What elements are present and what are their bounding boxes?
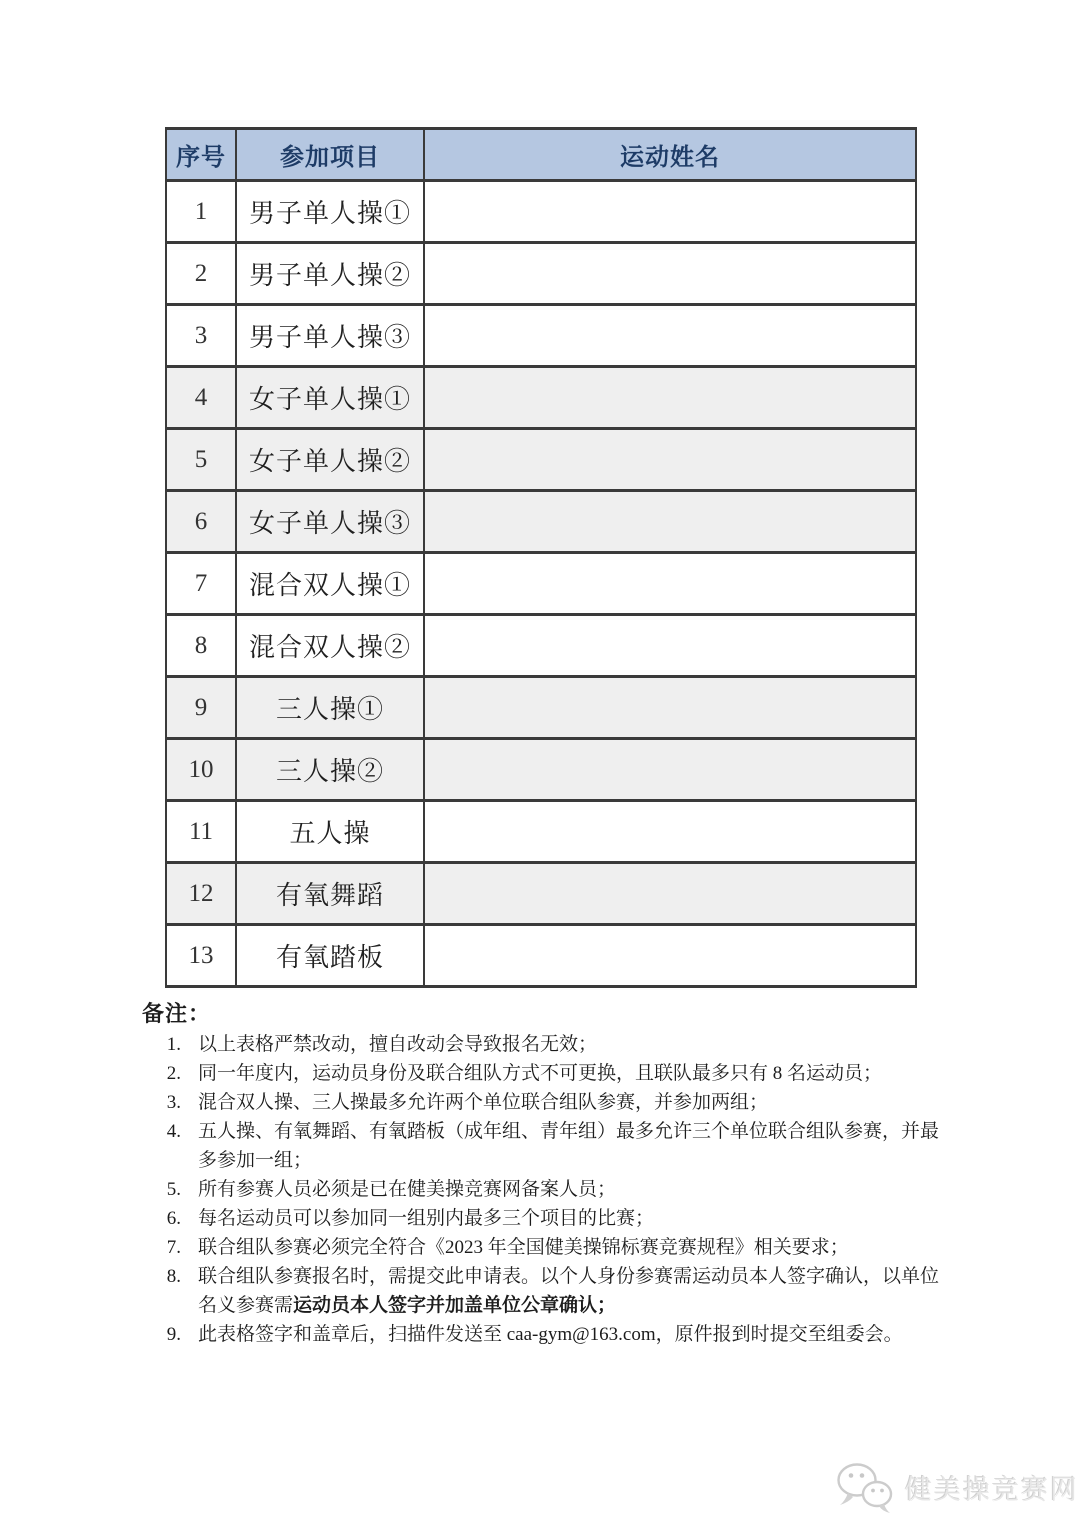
- entry-table: 序号 参加项目 运动姓名 1男子单人操①2男子单人操②3男子单人操③4女子单人操…: [165, 127, 917, 988]
- row-number: 12: [166, 863, 236, 925]
- event-name: 女子单人操②: [236, 429, 424, 491]
- athlete-name-cell: [424, 615, 916, 677]
- athlete-name-cell: [424, 553, 916, 615]
- note-item: 7.联合组队参赛必须完全符合《2023 年全国健美操锦标赛竞赛规程》相关要求；: [142, 1233, 954, 1262]
- table-row: 6女子单人操③: [166, 491, 916, 553]
- table-row: 8混合双人操②: [166, 615, 916, 677]
- row-number: 3: [166, 305, 236, 367]
- athlete-name-cell: [424, 429, 916, 491]
- event-name: 女子单人操①: [236, 367, 424, 429]
- table-row: 10三人操②: [166, 739, 916, 801]
- event-name: 女子单人操③: [236, 491, 424, 553]
- row-number: 8: [166, 615, 236, 677]
- athlete-name-cell: [424, 367, 916, 429]
- athlete-name-cell: [424, 925, 916, 987]
- watermark-text: 健美操竞赛网: [905, 1468, 1079, 1507]
- athlete-name-cell: [424, 305, 916, 367]
- note-item: 2.同一年度内，运动员身份及联合组队方式不可更换，且联队最多只有 8 名运动员；: [142, 1059, 954, 1088]
- note-text: 每名运动员可以参加同一组别内最多三个项目的比赛；: [198, 1204, 954, 1233]
- event-name: 三人操①: [236, 677, 424, 739]
- row-number: 13: [166, 925, 236, 987]
- note-number: 8.: [142, 1262, 198, 1320]
- table-row: 4女子单人操①: [166, 367, 916, 429]
- entry-table-header: 序号 参加项目 运动姓名: [166, 129, 916, 181]
- note-item: 3.混合双人操、三人操最多允许两个单位联合组队参赛，并参加两组；: [142, 1088, 954, 1117]
- note-number: 9.: [142, 1320, 198, 1349]
- note-text: 所有参赛人员必须是已在健美操竞赛网备案人员；: [198, 1175, 954, 1204]
- note-text-segment: 联合组队参赛必须完全符合《2023 年全国健美操锦标赛竞赛规程》相关要求；: [198, 1237, 849, 1258]
- event-name: 男子单人操③: [236, 305, 424, 367]
- row-number: 1: [166, 181, 236, 243]
- note-number: 5.: [142, 1175, 198, 1204]
- row-number: 6: [166, 491, 236, 553]
- row-number: 4: [166, 367, 236, 429]
- table-row: 11五人操: [166, 801, 916, 863]
- header-row: 序号 参加项目 运动姓名: [166, 129, 916, 181]
- row-number: 2: [166, 243, 236, 305]
- note-text-segment: 同一年度内，运动员身份及联合组队方式不可更换，且联队最多只有 8 名运动员；: [198, 1063, 882, 1084]
- table-row: 7混合双人操①: [166, 553, 916, 615]
- notes-list: 1.以上表格严禁改动，擅自改动会导致报名无效；2.同一年度内，运动员身份及联合组…: [142, 1030, 954, 1349]
- notes-section: 备注： 1.以上表格严禁改动，擅自改动会导致报名无效；2.同一年度内，运动员身份…: [142, 999, 954, 1349]
- wechat-icon: [833, 1459, 897, 1515]
- table-row: 2男子单人操②: [166, 243, 916, 305]
- event-name: 混合双人操①: [236, 553, 424, 615]
- note-text-segment: 以上表格严禁改动，擅自改动会导致报名无效；: [198, 1034, 597, 1055]
- note-item: 8.联合组队参赛报名时，需提交此申请表。以个人身份参赛需运动员本人签字确认，以单…: [142, 1262, 954, 1320]
- note-number: 6.: [142, 1204, 198, 1233]
- table-row: 13有氧踏板: [166, 925, 916, 987]
- watermark: 健美操竞赛网: [833, 1458, 1079, 1516]
- note-text: 联合组队参赛报名时，需提交此申请表。以个人身份参赛需运动员本人签字确认，以单位名…: [198, 1262, 954, 1320]
- note-text-segment: 所有参赛人员必须是已在健美操竞赛网备案人员；: [198, 1179, 616, 1200]
- notes-title: 备注：: [142, 999, 954, 1029]
- note-text-segment: 每名运动员可以参加同一组别内最多三个项目的比赛；: [198, 1208, 654, 1229]
- athlete-name-cell: [424, 181, 916, 243]
- note-text-segment: 此表格签字和盖章后，扫描件发送至 caa-gym@163.com，原件报到时提交…: [198, 1324, 903, 1345]
- note-text-segment: 五人操、有氧舞蹈、有氧踏板（成年组、青年组）最多允许三个单位联合组队参赛，并最多…: [198, 1121, 939, 1171]
- event-name: 男子单人操①: [236, 181, 424, 243]
- note-text: 五人操、有氧舞蹈、有氧踏板（成年组、青年组）最多允许三个单位联合组队参赛，并最多…: [198, 1117, 954, 1175]
- note-text: 以上表格严禁改动，擅自改动会导致报名无效；: [198, 1030, 954, 1059]
- athlete-name-cell: [424, 801, 916, 863]
- note-text: 此表格签字和盖章后，扫描件发送至 caa-gym@163.com，原件报到时提交…: [198, 1320, 954, 1349]
- note-number: 1.: [142, 1030, 198, 1059]
- note-text: 混合双人操、三人操最多允许两个单位联合组队参赛，并参加两组；: [198, 1088, 954, 1117]
- row-number: 9: [166, 677, 236, 739]
- note-number: 7.: [142, 1233, 198, 1262]
- table-row: 9三人操①: [166, 677, 916, 739]
- note-item: 9.此表格签字和盖章后，扫描件发送至 caa-gym@163.com，原件报到时…: [142, 1320, 954, 1349]
- row-number: 5: [166, 429, 236, 491]
- entry-table-body: 1男子单人操①2男子单人操②3男子单人操③4女子单人操①5女子单人操②6女子单人…: [166, 181, 916, 987]
- athlete-name-cell: [424, 677, 916, 739]
- athlete-name-cell: [424, 243, 916, 305]
- table-row: 12有氧舞蹈: [166, 863, 916, 925]
- row-number: 11: [166, 801, 236, 863]
- note-number: 3.: [142, 1088, 198, 1117]
- col-header-athlete: 运动姓名: [424, 129, 916, 181]
- col-header-no: 序号: [166, 129, 236, 181]
- event-name: 有氧舞蹈: [236, 863, 424, 925]
- note-number: 2.: [142, 1059, 198, 1088]
- note-item: 6.每名运动员可以参加同一组别内最多三个项目的比赛；: [142, 1204, 954, 1233]
- table-row: 5女子单人操②: [166, 429, 916, 491]
- athlete-name-cell: [424, 863, 916, 925]
- event-name: 混合双人操②: [236, 615, 424, 677]
- note-item: 4.五人操、有氧舞蹈、有氧踏板（成年组、青年组）最多允许三个单位联合组队参赛，并…: [142, 1117, 954, 1175]
- table-row: 1男子单人操①: [166, 181, 916, 243]
- col-header-event: 参加项目: [236, 129, 424, 181]
- table-row: 3男子单人操③: [166, 305, 916, 367]
- note-item: 5.所有参赛人员必须是已在健美操竞赛网备案人员；: [142, 1175, 954, 1204]
- note-text: 联合组队参赛必须完全符合《2023 年全国健美操锦标赛竞赛规程》相关要求；: [198, 1233, 954, 1262]
- document-page: 序号 参加项目 运动姓名 1男子单人操①2男子单人操②3男子单人操③4女子单人操…: [0, 0, 1080, 1527]
- note-text-bold-segment: 运动员本人签字并加盖单位公章确认；: [293, 1295, 616, 1316]
- event-name: 男子单人操②: [236, 243, 424, 305]
- note-item: 1.以上表格严禁改动，擅自改动会导致报名无效；: [142, 1030, 954, 1059]
- athlete-name-cell: [424, 739, 916, 801]
- event-name: 有氧踏板: [236, 925, 424, 987]
- athlete-name-cell: [424, 491, 916, 553]
- row-number: 10: [166, 739, 236, 801]
- row-number: 7: [166, 553, 236, 615]
- event-name: 五人操: [236, 801, 424, 863]
- note-text: 同一年度内，运动员身份及联合组队方式不可更换，且联队最多只有 8 名运动员；: [198, 1059, 954, 1088]
- note-number: 4.: [142, 1117, 198, 1175]
- event-name: 三人操②: [236, 739, 424, 801]
- note-text-segment: 混合双人操、三人操最多允许两个单位联合组队参赛，并参加两组；: [198, 1092, 768, 1113]
